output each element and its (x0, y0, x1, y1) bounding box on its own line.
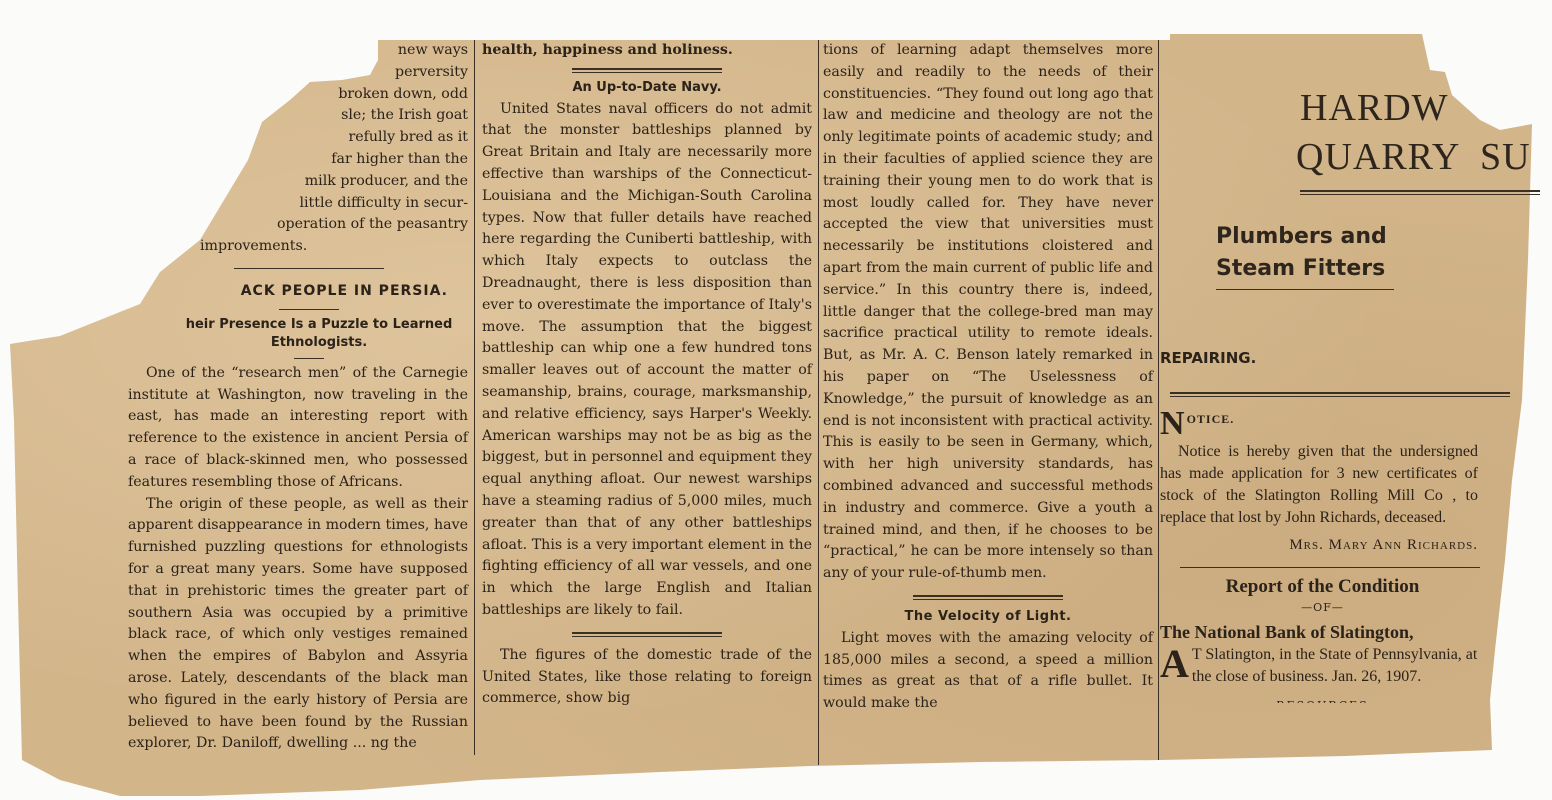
notice-title: OTICE. (1187, 412, 1235, 426)
fragment-line: sle; the Irish goat (150, 105, 468, 127)
fragment-line: far higher than the (150, 149, 468, 171)
notice-signature: Mrs. Mary Ann Richards. (1160, 535, 1478, 557)
fragment-text: new ways perversity broken down, odd sle… (150, 40, 468, 258)
ad-header-fragment (1160, 40, 1490, 84)
article-paragraph: The origin of these people, as well as t… (128, 494, 468, 756)
report-cutoff: RESOURCES (1160, 695, 1485, 703)
double-divider (572, 632, 722, 637)
divider (234, 268, 384, 269)
fragment-line: milk producer, and the (150, 171, 468, 193)
divider (294, 358, 324, 359)
notice: N OTICE. Notice is hereby given that the… (1160, 409, 1478, 557)
lead-line: health, happiness and holiness. (482, 40, 812, 62)
column-rule (818, 40, 819, 765)
ad-steam-fitters: Steam Fitters (1160, 253, 1490, 285)
fragment-line: improvements. (150, 236, 468, 258)
article-headline: The Velocity of Light. (823, 606, 1153, 628)
divider (1180, 567, 1480, 568)
column-black-people-in-persia: new ways perversity broken down, odd sle… (150, 40, 468, 755)
ad-repairing: REPAIRING. (1160, 348, 1490, 370)
notice-body: Notice is hereby given that the undersig… (1160, 441, 1478, 529)
fragment-line: perversity (150, 62, 468, 84)
divider (1216, 289, 1394, 290)
report-title: Report of the Condition (1160, 576, 1485, 598)
article-subheadline: heir Presence Is a Puzzle to Learned Eth… (150, 316, 468, 352)
fragment-line: operation of the peasantry (150, 214, 468, 236)
article-paragraph: The figures of the domestic trade of the… (482, 645, 812, 710)
column-advertisements: HARDW QUARRY SU Plumbers and Steam Fitte… (1160, 40, 1490, 703)
ad-plumbers: Plumbers and (1160, 221, 1490, 253)
fragment-line: broken down, odd (150, 84, 468, 106)
ad-hardware: HARDW (1160, 84, 1490, 132)
column-up-to-date-navy: health, happiness and holiness. An Up-to… (482, 40, 812, 710)
column-rule (1158, 40, 1159, 760)
article-paragraph: United States naval officers do not admi… (482, 99, 812, 622)
double-divider (572, 68, 722, 73)
article-headline: An Up-to-Date Navy. (482, 77, 812, 99)
divider (279, 309, 339, 310)
bank-report: Report of the Condition —OF— The Nationa… (1160, 576, 1485, 703)
ad-quarry: QUARRY SU (1160, 132, 1490, 182)
report-body: T Slatington, in the State of Pennsylvan… (1192, 646, 1477, 685)
drop-cap: N (1160, 409, 1185, 439)
article-paragraph: One of the “research men” of the Carnegi… (128, 363, 468, 494)
fragment-line: new ways (150, 40, 468, 62)
article-paragraph: Light moves with the amazing velocity of… (823, 628, 1153, 715)
article-paragraph: tions of learning adapt themselves more … (823, 40, 1153, 585)
fragment-line: refully bred as it (150, 127, 468, 149)
article-headline: ACK PEOPLE IN PERSIA. (150, 281, 468, 303)
double-divider (1170, 392, 1510, 397)
report-of: —OF— (1160, 597, 1485, 619)
double-divider (913, 595, 1063, 600)
double-divider (1300, 190, 1540, 195)
column-rule (474, 40, 475, 755)
column-learning: tions of learning adapt themselves more … (823, 40, 1153, 715)
drop-cap: A (1160, 645, 1189, 683)
report-bank-name: The National Bank of Slatington, (1160, 619, 1485, 645)
fragment-line: little difficulty in secur- (150, 193, 468, 215)
